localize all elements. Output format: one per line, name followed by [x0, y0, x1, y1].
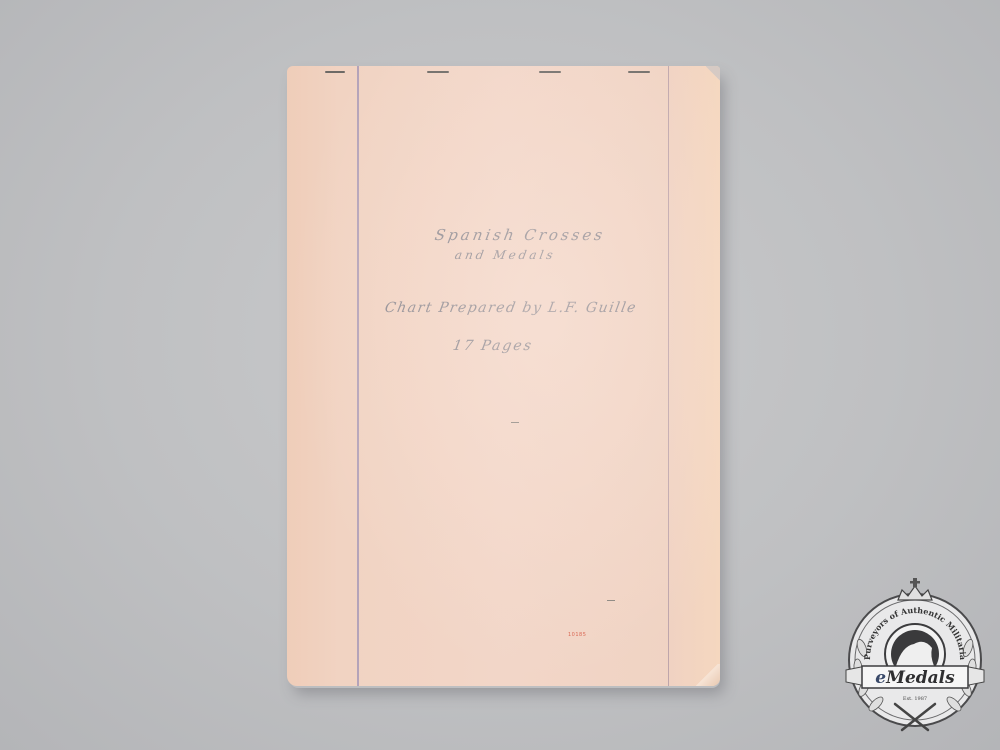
watermark-brand-suffix: Medals [885, 668, 955, 688]
handwritten-page-count: 17 Pages [452, 338, 535, 354]
right-page-edge [669, 66, 720, 686]
top-right-corner-fold [706, 66, 720, 84]
watermark-established: Est. 1987 [903, 696, 927, 702]
emedals-logo-icon: Purveyors of Authentic Militaria eMedals… [840, 578, 990, 738]
bottom-right-corner-fold [694, 664, 720, 686]
right-margin-line [668, 66, 669, 686]
staple-mark [325, 71, 345, 73]
pencil-mark [511, 422, 519, 423]
handwritten-author-line: Chart Prepared by L.F. Guille [384, 300, 639, 316]
handwritten-subtitle: and Medals [454, 248, 557, 262]
handwritten-title: Spanish Crosses [433, 226, 606, 244]
staple-mark [427, 71, 449, 73]
pencil-mark [607, 600, 615, 601]
emedals-watermark: Purveyors of Authentic Militaria eMedals… [840, 578, 990, 738]
watermark-brand-prefix: e [875, 668, 886, 688]
red-stamp-number: 10185 [568, 632, 586, 638]
document-sheet: Spanish Crosses and Medals Chart Prepare… [287, 66, 720, 686]
staple-mark [628, 71, 650, 73]
svg-text:eMedals: eMedals [875, 668, 955, 688]
left-margin-line [357, 66, 359, 686]
staple-mark [539, 71, 561, 73]
